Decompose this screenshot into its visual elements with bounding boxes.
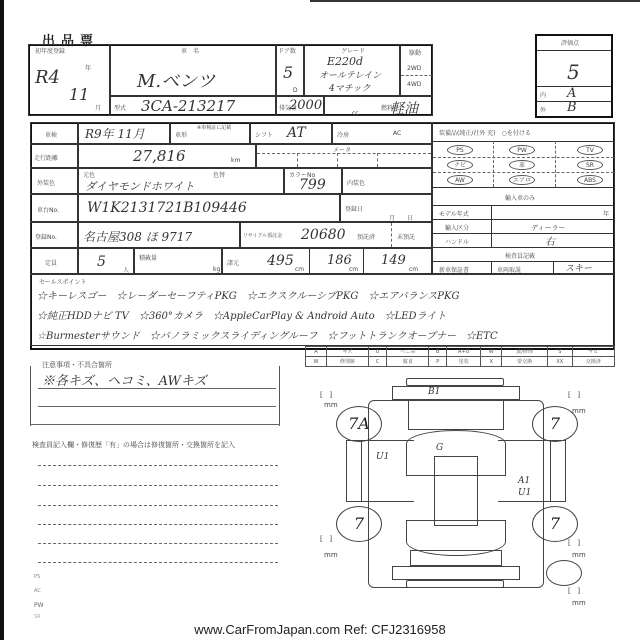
equipment-header: 装備品(純正/社外 充) ○を付ける xyxy=(439,128,531,137)
mileage-unit: km xyxy=(231,157,240,164)
recycle-cell: リサイクル預託金 20680 預託済 未預託 xyxy=(240,222,432,248)
plate-label-cell: 登録No. xyxy=(30,222,78,248)
shift-cell: シフト AT xyxy=(250,122,332,144)
recycle-status-not-deposited: 未預託 xyxy=(397,232,415,241)
doors-unit: D xyxy=(293,87,298,94)
chassis-value: W1K2131721B109446 xyxy=(87,200,247,216)
inspection-cell: R9年 11月 xyxy=(78,122,170,144)
body-type-note: ※車検証に記載 xyxy=(197,124,231,131)
seats-cell: 5 人 xyxy=(78,248,134,274)
import-only-label: 輸入車のみ xyxy=(505,193,535,202)
sales-point-line-1: ☆キーレスゴー ☆レーダーセーフティPKG ☆エクスクルーシブPKG ☆エアバラ… xyxy=(37,287,459,302)
body-type-cell: 車形 ※車検証に記載 xyxy=(170,122,250,144)
drive-2wd: 2WD xyxy=(407,65,421,72)
month-value: 11 xyxy=(69,85,89,104)
recycle-value: 20680 xyxy=(301,227,346,243)
inspection-label: 車検 xyxy=(45,130,57,139)
right-damage-label-2: U1 xyxy=(518,488,531,498)
damage-legend: Aキズ Uへこみ BA+U W波/修理 Sサビ W修理跡 C腐食 P塗装 X要交… xyxy=(305,346,615,367)
grade-line1: E220d xyxy=(327,55,363,68)
chassis-label-cell: 車台No. xyxy=(30,194,78,222)
tire-rear-left: 7 xyxy=(336,506,382,542)
load-unit: kg xyxy=(213,266,220,273)
drive-4wd: 4WD xyxy=(407,81,421,88)
bottom-label-ps: PS xyxy=(34,574,40,580)
score-value: 5 xyxy=(567,60,580,84)
notes-text: ※各キズ、ヘコミ、AWキズ xyxy=(42,370,207,389)
reg-date-cell: 登録日 月 日 xyxy=(340,194,432,222)
dims-label: 諸元 xyxy=(227,258,239,267)
height-value: 149 xyxy=(381,253,406,268)
handle-value: 右 xyxy=(545,233,555,248)
doors-label: ドア数 xyxy=(278,46,296,55)
meter-cell: メータ xyxy=(256,144,432,168)
dims-cell: 諸元 495 cm 186 cm 149 cm xyxy=(222,248,432,274)
drive-cell: 駆動 2WD 4WD xyxy=(400,44,433,96)
interior-grade: A xyxy=(567,86,576,101)
inspection-label-cell: 車検 xyxy=(30,122,78,144)
color-change-label: 色替 xyxy=(213,170,225,179)
doors-cell: ドア数 5 D xyxy=(276,44,304,96)
aftercare-label: 検査員記載 xyxy=(505,251,535,260)
color-no-cell: カラーNo 799 xyxy=(284,168,342,194)
year-unit: 年 xyxy=(85,63,91,72)
inspection-value: R9年 11月 xyxy=(85,125,145,142)
length-value: 495 xyxy=(267,253,294,269)
equip-navi: ナビ xyxy=(447,160,473,170)
doors-value: 5 xyxy=(283,63,293,82)
watermark-footer: www.CarFromJapan.com Ref: CFJ2316958 xyxy=(0,622,640,637)
plate-value: 名古屋308 ほ 9717 xyxy=(83,228,192,245)
car-name-cell: 車 名 M.ベンツ xyxy=(110,44,276,96)
spare-tire xyxy=(546,560,582,586)
color-label: 外装色 xyxy=(37,178,55,187)
model-code: 3CA-213217 xyxy=(141,97,235,115)
seats-value: 5 xyxy=(97,254,106,270)
chassis-label: 車台No. xyxy=(37,205,59,214)
fuel-value: 軽油 xyxy=(390,98,418,118)
recycle-label: リサイクル預託金 xyxy=(243,232,282,239)
sales-point-line-3: ☆Burmesterサウンド ☆パノラミックスライディングルーフ ☆フットトラン… xyxy=(37,327,498,342)
left-damage-label: U1 xyxy=(376,452,389,462)
seats-unit: 人 xyxy=(123,265,129,274)
front-damage-label: B1 xyxy=(428,387,440,397)
trim-cell: 内装色 xyxy=(342,168,432,194)
equip-abs: ABS xyxy=(577,175,603,185)
inspector-label: 検査員記入欄・修復歴「有」の場合は修復箇所・交換箇所を記入 xyxy=(32,440,235,450)
equip-ps: PS xyxy=(447,145,473,155)
displacement-value: 2000 xyxy=(289,98,322,113)
manual-label: 車両取説 xyxy=(497,265,521,274)
equip-leather: 革 xyxy=(509,160,535,170)
exterior-grade: B xyxy=(567,100,577,115)
trim-label: 内装色 xyxy=(347,178,365,187)
plate-label: 登録No. xyxy=(35,232,57,241)
shift-label: シフト xyxy=(255,130,273,139)
bottom-label-sr: SR xyxy=(34,614,41,620)
width-unit: cm xyxy=(349,266,358,273)
exterior-label: 外 xyxy=(540,105,546,114)
interior-label: 内 xyxy=(540,90,546,99)
load-cell: 積載量 kg xyxy=(134,248,222,274)
import-type-value: ディーラー xyxy=(531,223,565,233)
ac-cell: 冷房 AC xyxy=(332,122,432,144)
equipment-panel: 装備品(純正/社外 充) ○を付ける PS PW TV ナビ 革 SR AW エ… xyxy=(432,122,615,274)
year-label: 初年度登録 xyxy=(35,46,65,55)
drive-label: 駆動 xyxy=(409,48,421,57)
color-label-cell: 外装色 xyxy=(30,168,78,194)
grade-line2: オールテレイン xyxy=(319,68,381,81)
plate-cell: 名古屋308 ほ 9717 xyxy=(78,222,240,248)
key-value: スキー xyxy=(565,261,592,274)
mileage-label: 走行距離 xyxy=(34,153,58,162)
right-damage-label-1: A1 xyxy=(518,476,530,486)
load-label: 積載量 xyxy=(139,253,157,262)
grade-line3: 4マチック xyxy=(329,81,370,94)
seats-label-cell: 定員 xyxy=(30,248,78,274)
displacement-cell: 排気量 2000 xyxy=(276,96,324,116)
color-cell: 元色 色替 ダイヤモンドホワイト xyxy=(78,168,284,194)
score-label: 評価点 xyxy=(561,38,579,47)
tire-rear-right: 7 xyxy=(532,506,578,542)
equip-aero: エアロ xyxy=(509,175,535,185)
car-name: M.ベンツ xyxy=(137,67,215,93)
scan-edge xyxy=(0,0,4,640)
import-type-label: 輸入区分 xyxy=(445,223,469,232)
tire-front-left: 7A xyxy=(336,406,382,442)
grade-label: グレード xyxy=(341,46,365,55)
reg-date-units: 月 日 xyxy=(389,213,413,222)
model-label: 型式 xyxy=(114,103,126,112)
seats-label: 定員 xyxy=(45,258,57,267)
equip-pw: PW xyxy=(509,145,535,155)
handle-label: ハンドル xyxy=(445,237,469,246)
ac-label: 冷房 xyxy=(337,130,349,139)
ac-value: AC xyxy=(393,130,401,137)
model-year-unit: 年 xyxy=(603,209,609,218)
sales-points-label: セールスポイント xyxy=(39,277,86,286)
mileage-label-cell: 走行距離 xyxy=(30,144,78,168)
warranty-label: 新車保証書 xyxy=(439,265,469,274)
grade-cell: グレード E220d オールテレイン 4マチック xyxy=(304,44,400,96)
equip-aw: AW xyxy=(447,175,473,185)
car-name-label: 車 名 xyxy=(181,46,199,55)
model-year-label: モデル年式 xyxy=(439,209,469,218)
bottom-label-ac: AC xyxy=(34,588,41,594)
bottom-label-pw: PW xyxy=(34,602,44,609)
year-cell: 初年度登録 R4 11 年 月 xyxy=(28,44,110,116)
reg-date-label: 登録日 xyxy=(345,204,363,213)
mileage-cell: 27,816 km xyxy=(78,144,256,168)
equip-tv: TV xyxy=(577,145,603,155)
shift-value: AT xyxy=(287,125,306,141)
mileage-value: 27,816 xyxy=(133,147,186,165)
color-value: ダイヤモンドホワイト xyxy=(85,178,194,194)
scan-edge-top xyxy=(310,0,640,2)
year-value: R4 xyxy=(35,67,60,88)
equip-sunroof: SR xyxy=(577,160,603,170)
length-unit: cm xyxy=(295,266,304,273)
sales-point-line-2: ☆純正HDDナビ TV ☆360°カメラ ☆AppleCarPlay & And… xyxy=(37,307,446,322)
color-no-value: 799 xyxy=(299,177,326,193)
recycle-status-deposited: 預託済 xyxy=(357,232,375,241)
roof-damage-label: G xyxy=(436,443,443,453)
score-box: 評価点 5 内 A 外 B xyxy=(535,34,613,118)
sales-points-box: セールスポイント ☆キーレスゴー ☆レーダーセーフティPKG ☆エクスクルーシブ… xyxy=(30,274,615,346)
chassis-cell: W1K2131721B109446 xyxy=(78,194,340,222)
model-cell: 型式 3CA-213217 xyxy=(110,96,276,116)
height-unit: cm xyxy=(409,266,418,273)
month-unit: 月 xyxy=(95,103,101,112)
